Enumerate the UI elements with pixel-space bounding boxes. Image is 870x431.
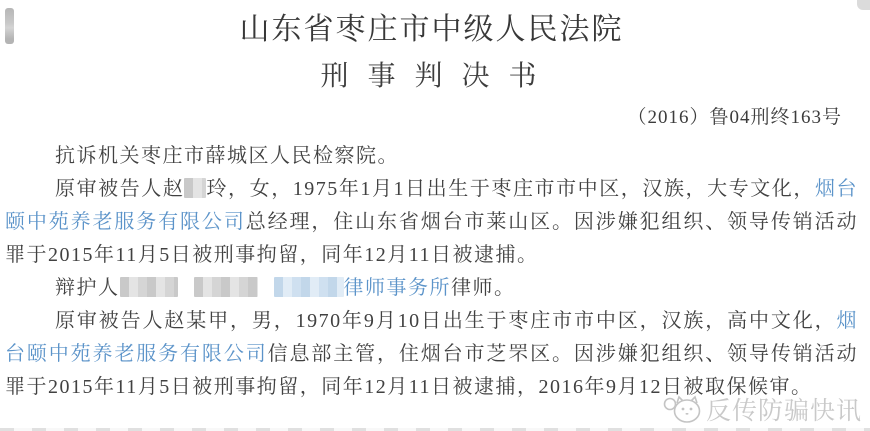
court-name-title: 山东省枣庄市中级人民法院 xyxy=(5,10,858,50)
document-type-title: 刑 事 判 决 书 xyxy=(5,58,858,96)
case-number: （2016）鲁04刑终163号 xyxy=(5,104,858,131)
redaction-block xyxy=(184,178,206,198)
scan-artifact-top-left xyxy=(5,8,14,44)
text-run: 原审被告人赵某甲，男，1970年9月10日出生于枣庄市市中区，汉族，高中文化， xyxy=(55,310,837,332)
paragraph: 原审被告人赵玲，女，1975年1月1日出生于枣庄市市中区，汉族，大专文化，烟台颐… xyxy=(5,173,858,272)
text-run: 律师。 xyxy=(451,277,516,299)
redaction-block-blue xyxy=(274,277,344,297)
entity-link[interactable]: 律师事务所 xyxy=(344,277,452,299)
text-run: 抗诉机关枣庄市薛城区人民检察院。 xyxy=(55,145,399,167)
scan-artifact-top-right xyxy=(857,0,870,10)
document-body: 抗诉机关枣庄市薛城区人民检察院。原审被告人赵玲，女，1975年1月1日出生于枣庄… xyxy=(5,140,858,404)
text-run: 原审被告人赵 xyxy=(55,178,184,200)
paragraph: 辩护人律师事务所律师。 xyxy=(5,272,858,305)
judgment-document: 山东省枣庄市中级人民法院 刑 事 判 决 书 （2016）鲁04刑终163号 抗… xyxy=(0,0,870,431)
text-run: 辩护人 xyxy=(55,277,120,299)
text-run: 玲，女，1975年1月1日出生于枣庄市市中区，汉族，大专文化， xyxy=(206,178,815,200)
paragraph: 原审被告人赵某甲，男，1970年9月10日出生于枣庄市市中区，汉族，高中文化，烟… xyxy=(5,305,858,404)
redaction-block xyxy=(120,277,178,297)
paragraph: 抗诉机关枣庄市薛城区人民检察院。 xyxy=(5,140,858,173)
redaction-block xyxy=(194,277,258,297)
